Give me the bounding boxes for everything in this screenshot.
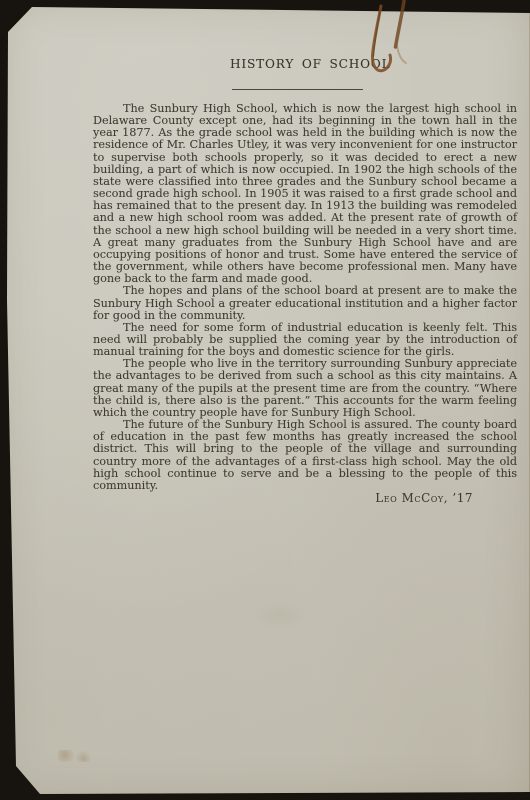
title-divider	[232, 89, 363, 90]
paper-stain	[250, 600, 310, 630]
paragraph: The need for some form of industrial edu…	[93, 322, 517, 358]
page: HISTORY OF SCHOOL The Sunbury High Schoo…	[0, 0, 530, 800]
author-signature: Leo McCoy, ’17	[93, 492, 517, 504]
paragraph: The people who live in the territory sur…	[93, 358, 517, 419]
paragraph: The hopes and plans of the school board …	[93, 285, 517, 321]
paper-stain	[104, 3, 112, 8]
rust-stroke-right-faint	[397, 45, 406, 63]
paperclip-rust-mark	[364, 0, 416, 80]
history-text: The Sunbury High School, which is now th…	[93, 103, 517, 504]
paragraph: The future of the Sunbury High School is…	[93, 419, 517, 492]
scan-background: HISTORY OF SCHOOL The Sunbury High Schoo…	[0, 0, 530, 800]
paragraph: The Sunbury High School, which is now th…	[93, 103, 517, 285]
paper-stain	[58, 750, 92, 762]
rust-stroke-right	[396, 1, 405, 47]
